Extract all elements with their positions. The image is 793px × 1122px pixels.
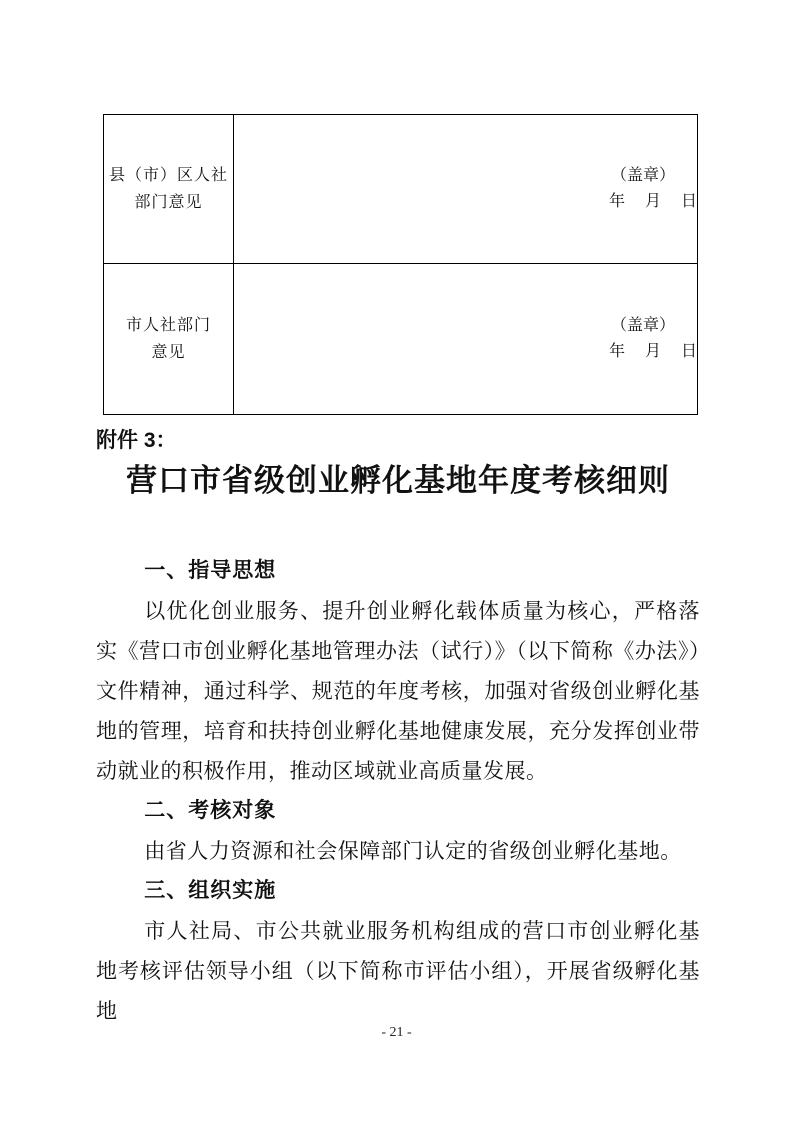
county-opinion-stamp-cell: （盖章） 年 月 日 [234, 115, 698, 264]
city-opinion-label-line2: 意见 [104, 339, 233, 366]
document-title: 营口市省级创业孵化基地年度考核细则 [96, 460, 700, 502]
section-2-paragraph: 由省人力资源和社会保障部门认定的省级创业孵化基地。 [96, 831, 700, 871]
opinion-table: 县（市）区人社 部门意见 （盖章） 年 月 日 市人社部门 意见 （盖章） 年 … [103, 114, 698, 415]
county-opinion-label-line1: 县（市）区人社 [104, 162, 233, 189]
city-opinion-label-line1: 市人社部门 [104, 312, 233, 339]
date-placeholder: 年 月 日 [234, 339, 697, 365]
section-heading-2: 二、考核对象 [96, 791, 700, 831]
city-opinion-stamp-cell: （盖章） 年 月 日 [234, 264, 698, 415]
section-1-paragraph: 以优化创业服务、提升创业孵化载体质量为核心，严格落实《营口市创业孵化基地管理办法… [96, 591, 700, 791]
section-heading-3: 三、组织实施 [96, 871, 700, 911]
attachment-label: 附件 3： [96, 426, 700, 456]
section-3-paragraph: 市人社局、市公共就业服务机构组成的营口市创业孵化基地考核评估领导小组（以下简称市… [96, 911, 700, 1031]
section-heading-1: 一、指导思想 [96, 551, 700, 591]
table-row-city-opinion: 市人社部门 意见 （盖章） 年 月 日 [104, 264, 698, 415]
seal-placeholder: （盖章） [234, 313, 697, 339]
county-opinion-label-cell: 县（市）区人社 部门意见 [104, 115, 234, 264]
document-body: 一、指导思想 以优化创业服务、提升创业孵化载体质量为核心，严格落实《营口市创业孵… [96, 551, 700, 1031]
city-opinion-label-cell: 市人社部门 意见 [104, 264, 234, 415]
document-content: 县（市）区人社 部门意见 （盖章） 年 月 日 市人社部门 意见 （盖章） 年 … [96, 114, 700, 1031]
page-number: - 21 - [0, 1024, 793, 1042]
date-placeholder: 年 月 日 [234, 189, 697, 215]
county-opinion-label-line2: 部门意见 [104, 189, 233, 216]
seal-placeholder: （盖章） [234, 163, 697, 189]
table-row-county-opinion: 县（市）区人社 部门意见 （盖章） 年 月 日 [104, 115, 698, 264]
document-page: 县（市）区人社 部门意见 （盖章） 年 月 日 市人社部门 意见 （盖章） 年 … [0, 0, 793, 1122]
